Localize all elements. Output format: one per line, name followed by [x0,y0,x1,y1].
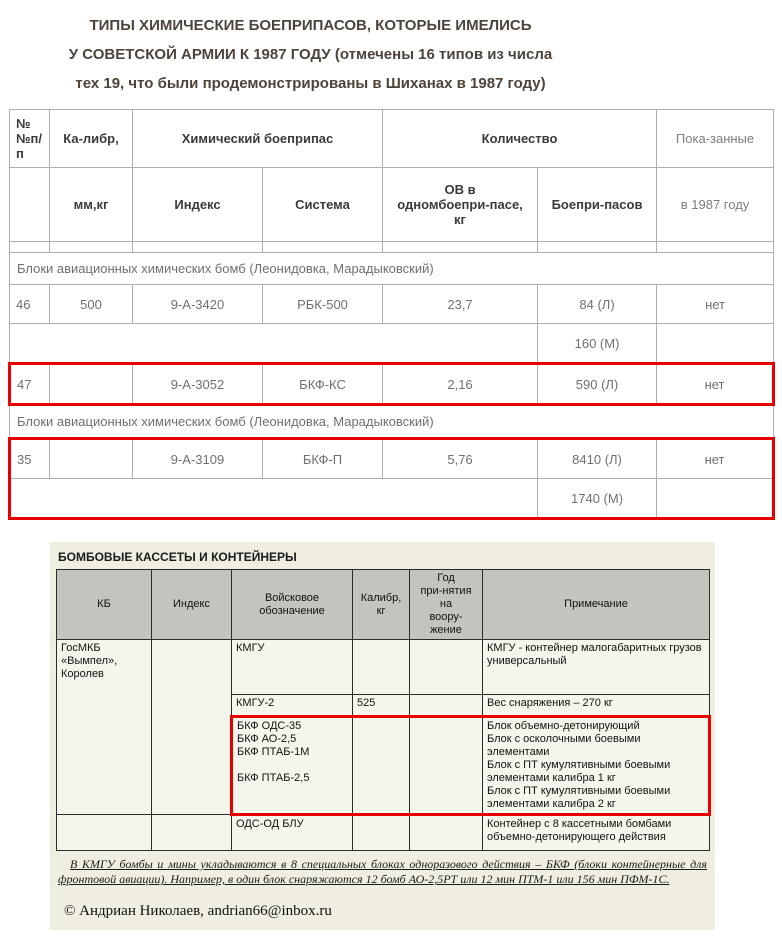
cell-system: БКФ-КС [263,364,383,405]
cell-index: 9-А-3052 [133,364,263,405]
cassette-row-ods: ОДС-ОД БЛУ Контейнер с 8 кассетными бомб… [57,815,710,851]
page-title-line-1: ТИПЫ ХИМИЧЕСКИЕ БОЕПРИПАСОВ, КОТОРЫЕ ИМЕ… [18,11,603,40]
col-header-caliber: Ка-либр, [50,110,133,168]
cell-index: 9-А-3420 [133,285,263,324]
col-header-index: Индекс [133,168,263,242]
cell-shown: нет [657,364,774,405]
header-row-1: № №п/п Ка-либр, Химический боеприпас Кол… [10,110,774,168]
empty-cell [410,717,483,815]
col-header-designation: Войсковое обозначение [232,570,353,640]
kmgu-footnote: В КМГУ бомбы и мины укладываются в 8 спе… [58,857,707,887]
col-header-system: Система [263,168,383,242]
empty-cell [133,242,263,253]
cell-system: РБК-500 [263,285,383,324]
table-row-35-highlighted: 35 9-А-3109 БКФ-П 5,76 8410 (Л) нет [10,439,774,479]
copyright-line: © Андриан Николаев, andrian66@inbox.ru [64,903,709,920]
empty-cell [657,324,774,364]
empty-cell [353,640,410,695]
cell-count: 8410 (Л) [538,439,657,479]
cell-num: 35 [10,439,50,479]
empty-cell [152,640,232,815]
empty-cell [657,479,774,519]
table-row-35-extra-highlighted: 1740 (М) [10,479,774,519]
empty-cell [410,640,483,695]
cell-note: КМГУ - контейнер малогабаритных грузов у… [483,640,710,695]
col-header-year: Год при-нятия на воору-жение [410,570,483,640]
col-header-caliber: Калибр, кг [353,570,410,640]
empty-cell [10,479,538,519]
cell-count: 1740 (М) [538,479,657,519]
cassette-row-kmgu: ГосМКБ «Вымпел», Королев КМГУ КМГУ - кон… [57,640,710,695]
cell-designation: БКФ ОДС-35 БКФ АО-2,5 БКФ ПТАБ-1М БКФ ПТ… [232,717,353,815]
cell-caliber [50,364,133,405]
section-row-aviation-blocks-2: Блоки авиационных химических бомб (Леони… [10,405,774,439]
col-header-num: № №п/п [10,110,50,168]
page-title: ТИПЫ ХИМИЧЕСКИЕ БОЕПРИПАСОВ, КОТОРЫЕ ИМЕ… [18,11,603,98]
cell-num: 47 [10,364,50,405]
cell-shown: нет [657,285,774,324]
spacer-row [10,242,774,253]
col-header-agent-per-item: ОВ в одномбоепри-пасе, кг [383,168,538,242]
cassette-header-row: КБ Индекс Войсковое обозначение Калибр, … [57,570,710,640]
cell-agent: 23,7 [383,285,538,324]
empty-cell [383,242,538,253]
col-header-quantity-group: Количество [383,110,657,168]
cell-note: Вес снаряжения – 270 кг [483,695,710,717]
cell-designation: КМГУ [232,640,353,695]
empty-cell [353,717,410,815]
table-row-46: 46 500 9-А-3420 РБК-500 23,7 84 (Л) нет [10,285,774,324]
cell-num: 46 [10,285,50,324]
cell-count: 160 (М) [538,324,657,364]
empty-cell [353,815,410,851]
cell-kb: ГосМКБ «Вымпел», Королев [57,640,152,815]
empty-cell [657,242,774,253]
col-header-kb: КБ [57,570,152,640]
cell-note: Блок объемно-детонирующий Блок с осколоч… [483,717,710,815]
cassette-panel-title: БОМБОВЫЕ КАССЕТЫ И КОНТЕЙНЕРЫ [58,550,709,564]
col-header-index: Индекс [152,570,232,640]
col-header-shown-year: в 1987 году [657,168,774,242]
section-row-aviation-blocks-1: Блоки авиационных химических бомб (Леони… [10,253,774,285]
empty-cell [263,242,383,253]
cell-count: 590 (Л) [538,364,657,405]
empty-cell [410,695,483,717]
cell-caliber: 525 [353,695,410,717]
empty-header-cell [10,168,50,242]
cell-caliber [50,439,133,479]
empty-cell [57,815,152,851]
section-label: Блоки авиационных химических бомб (Леони… [10,253,774,285]
page-title-line-2: У СОВЕТСКОЙ АРМИИ К 1987 ГОДУ (отмечены … [18,40,603,69]
cell-agent: 5,76 [383,439,538,479]
col-header-shown: Пока-занные [657,110,774,168]
cell-note: Контейнер с 8 кассетными бомбами объемно… [483,815,710,851]
page-title-line-3: тех 19, что были продемонстрированы в Ши… [18,69,603,98]
munitions-table: № №п/п Ка-либр, Химический боеприпас Кол… [8,109,775,520]
empty-cell [152,815,232,851]
empty-cell [10,242,50,253]
empty-cell [50,242,133,253]
header-row-2: мм,кг Индекс Система ОВ в одномбоепри-па… [10,168,774,242]
cell-shown: нет [657,439,774,479]
col-header-caliber-unit: мм,кг [50,168,133,242]
cell-agent: 2,16 [383,364,538,405]
cell-caliber: 500 [50,285,133,324]
empty-cell [410,815,483,851]
section-label: Блоки авиационных химических бомб (Леони… [10,405,774,439]
cell-system: БКФ-П [263,439,383,479]
col-header-chem-group: Химический боеприпас [133,110,383,168]
table-row-46-extra: 160 (М) [10,324,774,364]
col-header-munitions: Боепри-пасов [538,168,657,242]
empty-cell [10,324,538,364]
cell-designation: ОДС-ОД БЛУ [232,815,353,851]
cell-count: 84 (Л) [538,285,657,324]
cell-designation: КМГУ-2 [232,695,353,717]
col-header-note: Примечание [483,570,710,640]
empty-cell [538,242,657,253]
table-row-47-highlighted: 47 9-А-3052 БКФ-КС 2,16 590 (Л) нет [10,364,774,405]
cassette-panel: БОМБОВЫЕ КАССЕТЫ И КОНТЕЙНЕРЫ КБ Индекс … [50,542,715,930]
cell-index: 9-А-3109 [133,439,263,479]
cassette-table: КБ Индекс Войсковое обозначение Калибр, … [56,569,711,851]
